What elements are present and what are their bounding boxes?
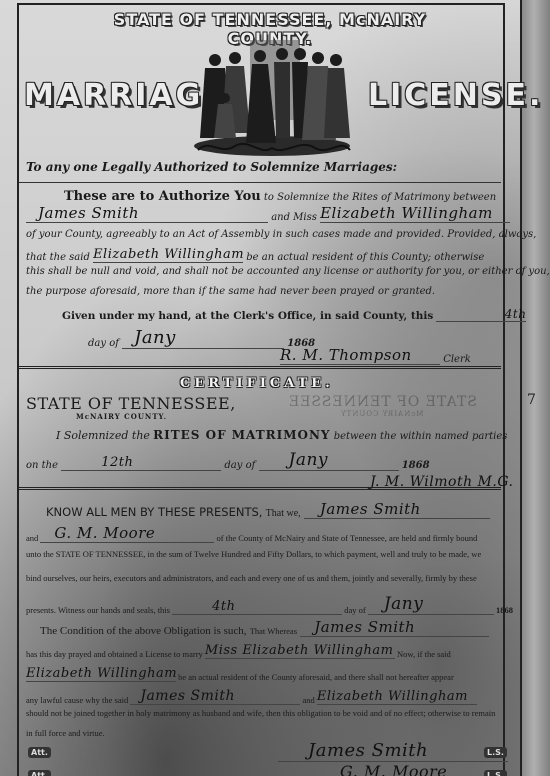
prayed-line: has this day prayed and obtained a Licen… [26, 643, 500, 659]
seal-att-2: Att. [28, 770, 51, 776]
given-month-field: Jany [122, 327, 284, 349]
cert-year: 1868 [402, 460, 430, 471]
given-line: Given under my hand, at the Clerk's Offi… [62, 307, 536, 322]
cert-month-field: Jany [259, 450, 399, 471]
parties-line: James Smith and Miss Elizabeth Willingha… [26, 204, 500, 223]
bind-line: bind ourselves, our heirs, executors and… [26, 573, 500, 583]
groom-name-field: James Smith [26, 204, 268, 223]
bleed-through-county: McNAIRY COUNTY [340, 410, 423, 418]
divider [19, 366, 501, 369]
address-line: To any one Legally Authorized to Solemni… [26, 160, 500, 174]
signature-1-line: James Smith [278, 740, 478, 762]
given-day-field: 4th [436, 307, 526, 322]
bleed-through-state: STATE OF TENNESSEE [288, 394, 477, 410]
bride-name-field: Elizabeth Willingham [320, 204, 510, 223]
margin-mark: 7 [527, 392, 536, 408]
wedding-party-engraving-icon [190, 38, 355, 158]
resident-bond-line: Elizabeth Willingham be an actual reside… [26, 666, 500, 682]
certificate-state: STATE OF TENNESSEE, [26, 394, 236, 413]
principal-name-field: James Smith [304, 500, 490, 519]
condition-line: The Condition of the above Obligation is… [40, 618, 514, 637]
page-edge [520, 0, 550, 776]
clerk-title: Clerk [443, 354, 471, 365]
divider [19, 182, 501, 183]
sum-line: unto the STATE OF TENNESSEE, in the sum … [26, 549, 500, 559]
cert-day-field: 12th [61, 455, 221, 471]
holy-matrimony-line: should not be joined together in holy ma… [26, 708, 500, 718]
clerk-signature-line: R. M. Thompson Clerk [280, 346, 500, 365]
authorize-line: These are to Authorize You to Solemnize … [64, 189, 538, 204]
cert-date-line: on the 12th day of Jany 1868 [26, 450, 500, 471]
certificate-title: CERTIFICATE. [180, 376, 334, 391]
lawful-name-2-field: Elizabeth Willingham [317, 689, 477, 705]
know-all-line: KNOW ALL MEN BY THESE PRESENTS, That we,… [46, 500, 520, 519]
purpose-line: the purpose aforesaid, more than if the … [26, 286, 500, 297]
title-license: LICENSE. [368, 78, 543, 113]
null-void-line: this shall be null and void, and shall n… [26, 266, 500, 277]
certificate-county: McNAIRY COUNTY. [76, 412, 167, 421]
signature-2-line: G. M. Moore [340, 762, 490, 776]
lawful-line: any lawful cause why the said James Smit… [26, 688, 500, 705]
clerk-signature: R. M. Thompson [280, 346, 440, 365]
bride-name-field-2: Elizabeth Willingham [93, 247, 243, 263]
bond-month-field: Jany [368, 594, 494, 615]
surety-signature: G. M. Moore [340, 762, 447, 776]
solemnized-line: I Solemnized the RITES OF MATRIMONY betw… [56, 428, 530, 442]
bond-day-field: 4th [172, 599, 342, 615]
resident-line: that the said Elizabeth Willingham be an… [26, 247, 500, 263]
bond-year: 1868 [496, 605, 513, 615]
condition-name-field: James Smith [300, 618, 489, 637]
surety-name-field: G. M. Moore [40, 524, 214, 543]
presents-line: presents. Witness our hands and seals, t… [26, 594, 500, 615]
county-line: of your County, agreeably to an Act of A… [26, 229, 500, 240]
marriage-license-document: STATE OF TENNESSEE, McNAIRY COUNTY. MARR… [0, 0, 550, 776]
divider [19, 487, 501, 490]
surety-line: and G. M. Moore of the County of McNairy… [26, 524, 500, 543]
lawful-name-1-field: James Smith [130, 688, 300, 705]
resident-name-field: Elizabeth Willingham [26, 666, 176, 682]
full-force-line: in full force and virtue. [26, 728, 500, 738]
license-to-field: Miss Elizabeth Willingham [205, 643, 395, 659]
seal-att-1: Att. [28, 747, 51, 758]
principal-signature: James Smith [278, 740, 508, 762]
